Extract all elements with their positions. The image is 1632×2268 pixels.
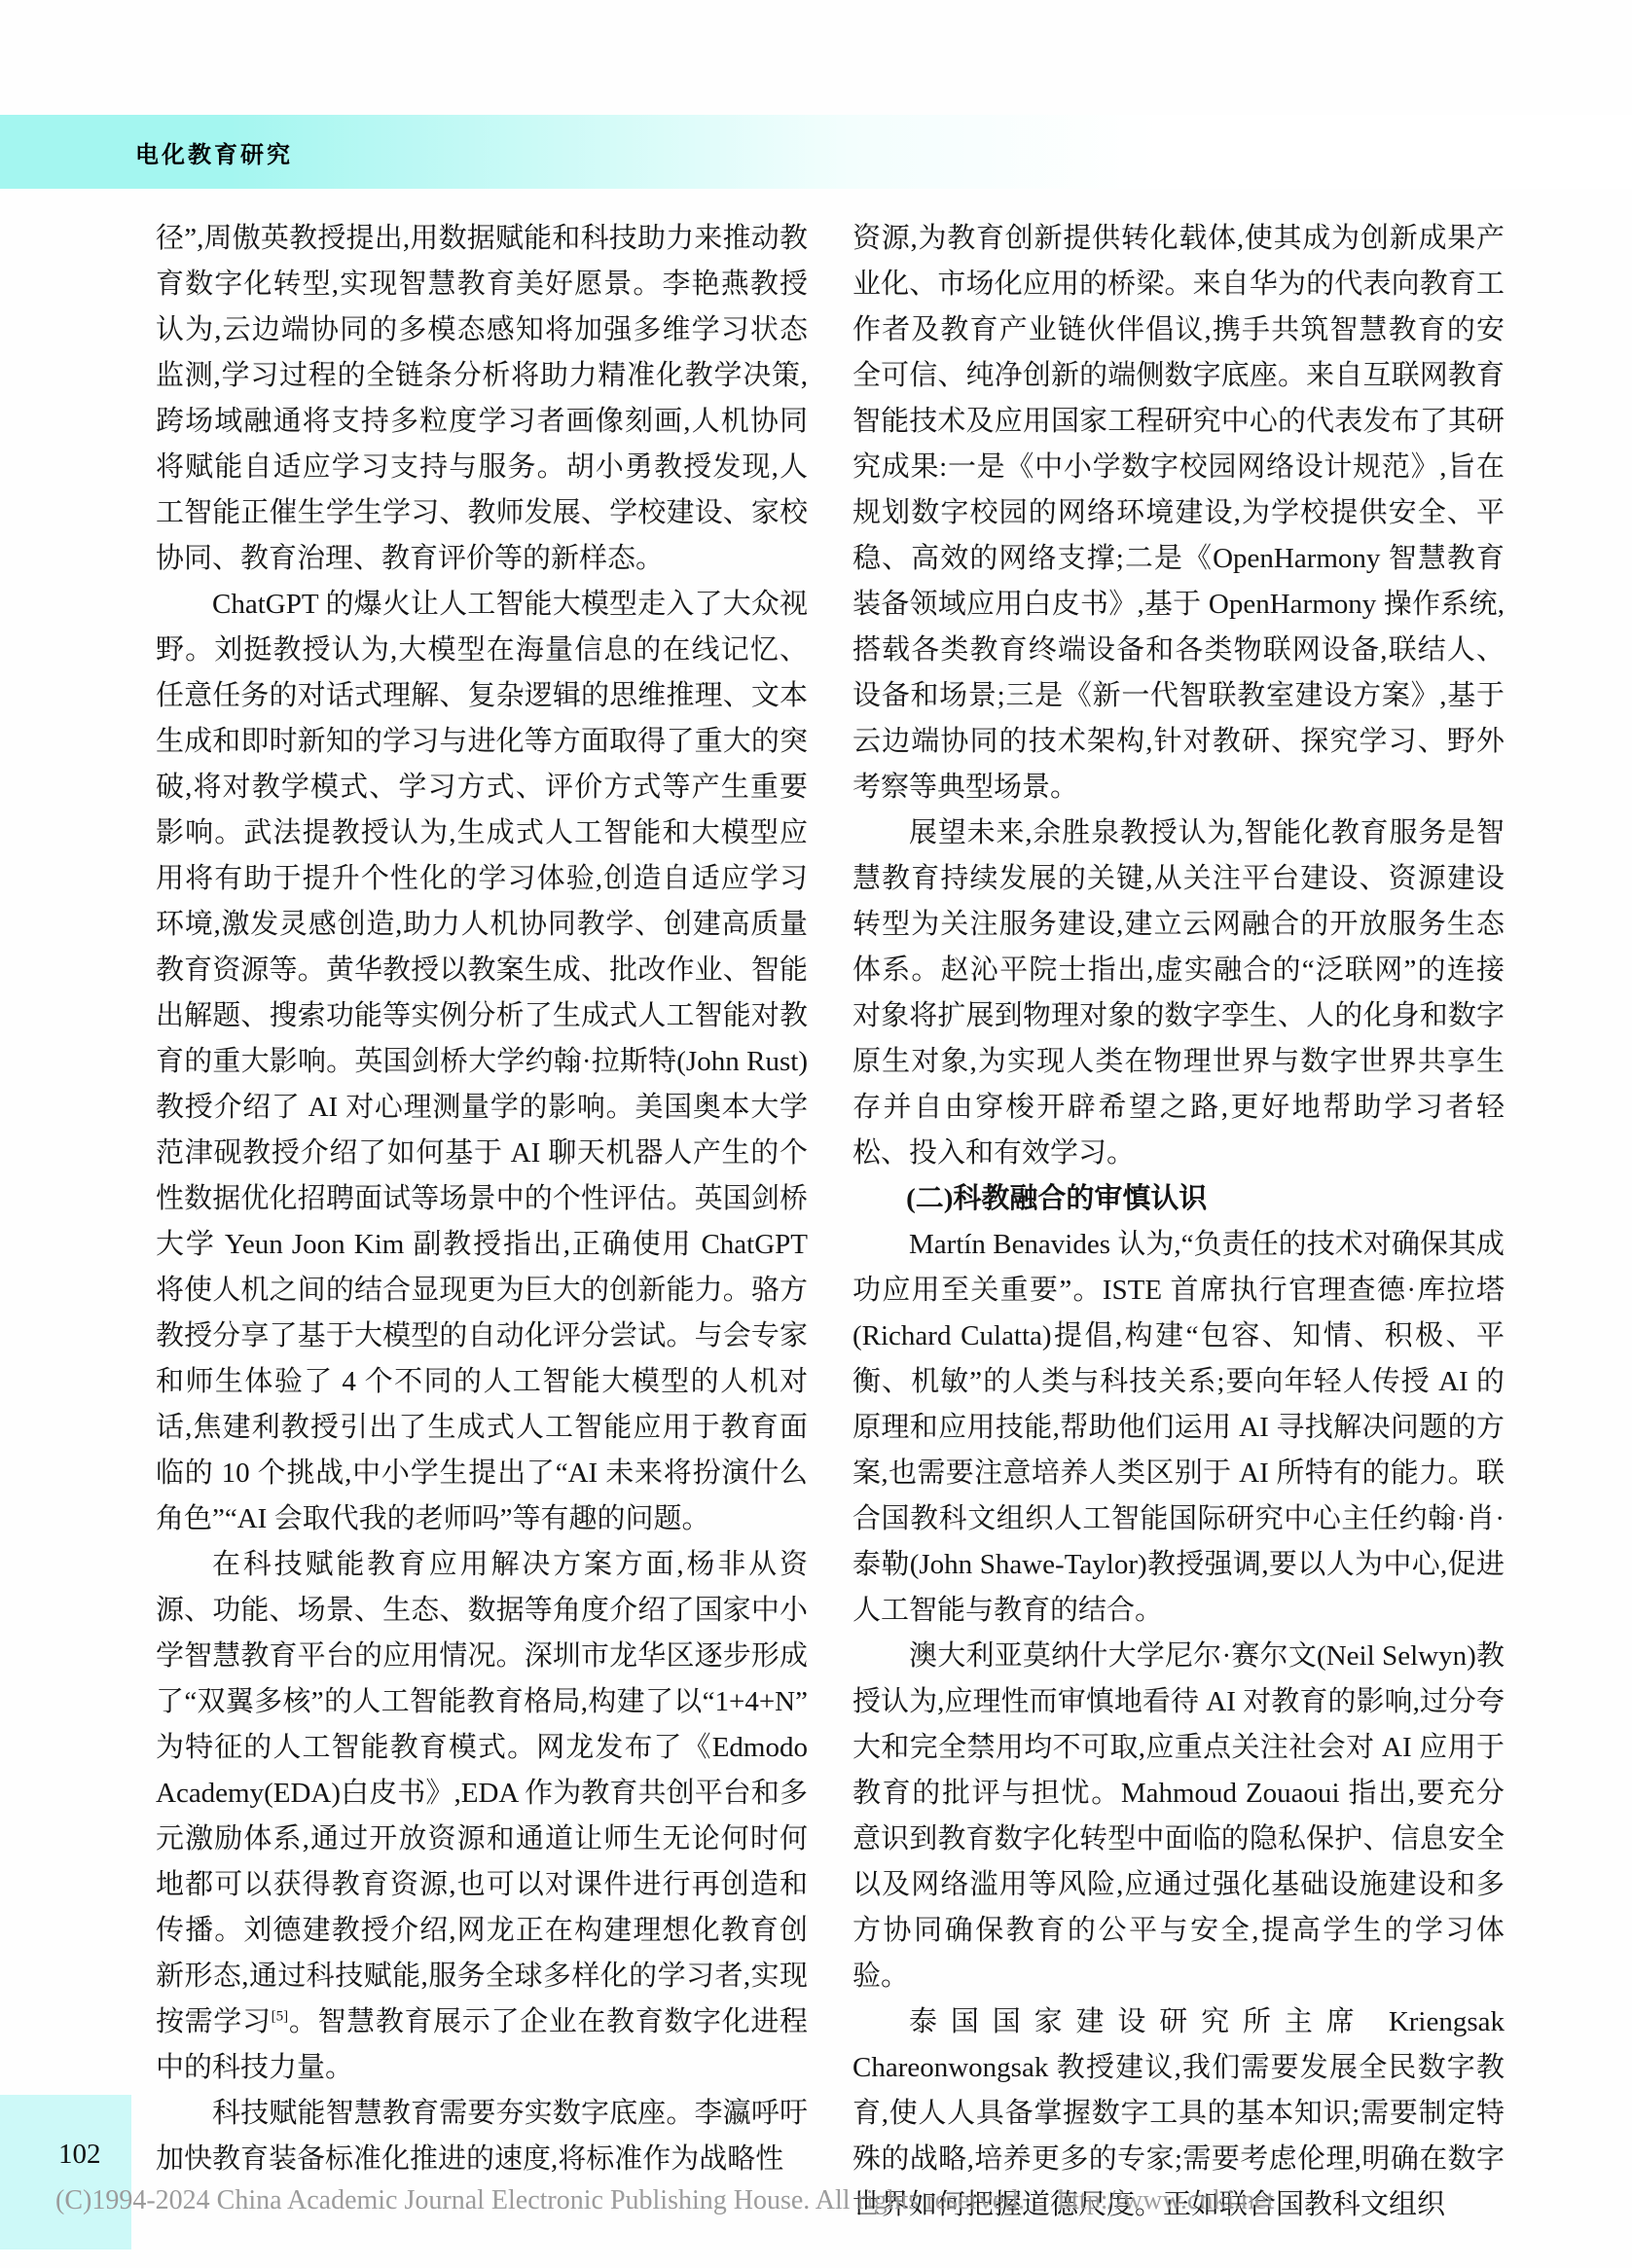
paragraph: ChatGPT 的爆火让人工智能大模型走入了大众视野。刘挺教授认为,大模型在海量… xyxy=(156,582,808,1542)
page-number: 102 xyxy=(58,2139,101,2171)
journal-page: 电化教育研究 径”,周傲英教授提出,用数据赋能和科技助力来推动教育数字化转型,实… xyxy=(0,0,1632,2268)
journal-title: 电化教育研究 xyxy=(135,135,293,169)
paragraph: 澳大利亚莫纳什大学尼尔·赛尔文(Neil Selwyn)教授认为,应理性而审慎地… xyxy=(852,1634,1505,1999)
paragraph: 科技赋能智慧教育需要夯实数字底座。李瀛呼吁加快教育装备标准化推进的速度,将标准作… xyxy=(156,2091,808,2182)
section-heading: (二)科教融合的审慎认识 xyxy=(852,1176,1505,1222)
cnki-url: http://www.cnki.net xyxy=(1058,2185,1274,2215)
journal-header-banner: 电化教育研究 xyxy=(0,115,1632,189)
footer-copyright: (C)1994-2024 China Academic Journal Elec… xyxy=(55,2185,1274,2216)
paragraph: Martín Benavides 认为,“负责任的技术对确保其成功应用至关重要”… xyxy=(852,1222,1505,1634)
footnote-ref-marker: [5] xyxy=(272,2008,289,2024)
right-column: 资源,为教育创新提供转化载体,使其成为创新成果产业化、市场化应用的桥梁。来自华为… xyxy=(852,216,1505,2228)
paragraph: 在科技赋能教育应用解决方案方面,杨非从资源、功能、场景、生态、数据等角度介绍了国… xyxy=(156,1542,808,2091)
copyright-text: (C)1994-2024 China Academic Journal Elec… xyxy=(55,2185,1025,2215)
article-body: 径”,周傲英教授提出,用数据赋能和科技助力来推动教育数字化转型,实现智慧教育美好… xyxy=(156,216,1505,2228)
page-number-block xyxy=(0,2095,131,2250)
paragraph: 径”,周傲英教授提出,用数据赋能和科技助力来推动教育数字化转型,实现智慧教育美好… xyxy=(156,216,808,582)
paragraph: 资源,为教育创新提供转化载体,使其成为创新成果产业化、市场化应用的桥梁。来自华为… xyxy=(852,216,1505,810)
left-column: 径”,周傲英教授提出,用数据赋能和科技助力来推动教育数字化转型,实现智慧教育美好… xyxy=(156,216,808,2228)
paragraph-text: 在科技赋能教育应用解决方案方面,杨非从资源、功能、场景、生态、数据等角度介绍了国… xyxy=(156,1549,808,2037)
paragraph: 展望未来,余胜泉教授认为,智能化教育服务是智慧教育持续发展的关键,从关注平台建设… xyxy=(852,810,1505,1176)
